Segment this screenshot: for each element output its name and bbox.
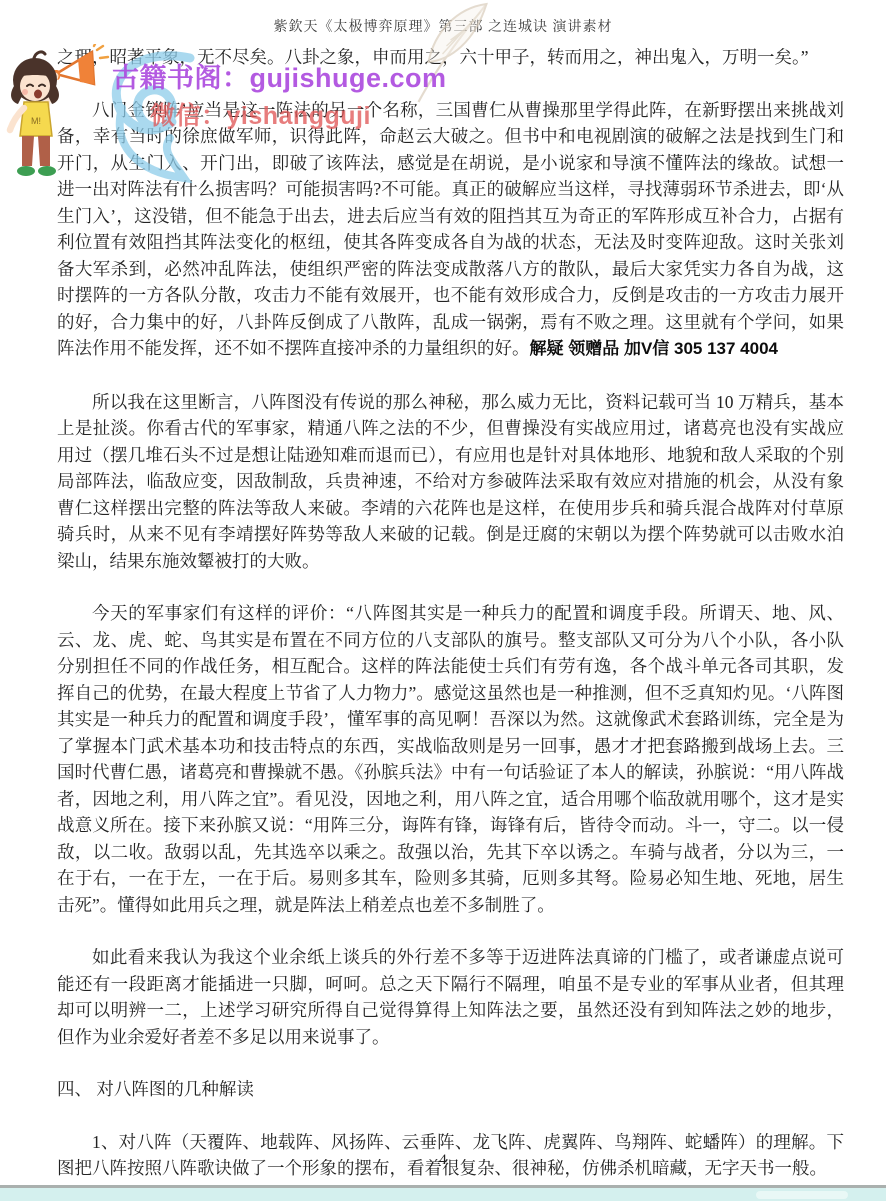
window-bottom-bar <box>0 1185 886 1201</box>
promo-contact-text: 解疑 领赠品 加V信 305 137 4004 <box>530 339 779 358</box>
paragraph-ruci: 如此看来我认为我这个业余纸上谈兵的外行差不多等于迈进阵法真谛的门槛了，或者谦虚点… <box>57 944 844 1050</box>
paragraph-continuation: 之理，昭著平象，无不尽矣。八卦之象，申而用之，六十甲子，转而用之，神出鬼入，万明… <box>57 44 844 71</box>
document-page: 紫欽天《太极博弈原理》第三部 之连城诀 演讲素材 之理，昭著平象，无不尽矣。八卦… <box>0 0 886 1201</box>
paragraph-bamen-text: 八门金锁阵’应当是这一阵法的另一个名称，三国曹仁从曹操那里学得此阵，在新野摆出来… <box>57 100 844 359</box>
page-header-title: 紫欽天《太极博弈原理》第三部 之连城诀 演讲素材 <box>0 0 886 36</box>
section-heading-four: 四、 对八阵图的几种解读 <box>57 1076 844 1103</box>
page-body: 之理，昭著平象，无不尽矣。八卦之象，申而用之，六十甲子，转而用之，神出鬼入，万明… <box>0 36 886 1182</box>
bottom-bar-highlight <box>756 1191 848 1199</box>
paragraph-pingjia: 今天的军事家们有这样的评价：“八阵图其实是一种兵力的配置和调度手段。所谓天、地、… <box>57 600 844 918</box>
page-number: 4 <box>0 1152 886 1169</box>
paragraph-duanyan: 所以我在这里断言，八阵图没有传说的那么神秘，那么威力无比，资料记载可当 10 万… <box>57 389 844 575</box>
paragraph-bamen: 八门金锁阵’应当是这一阵法的另一个名称，三国曹仁从曹操那里学得此阵，在新野摆出来… <box>57 97 844 363</box>
